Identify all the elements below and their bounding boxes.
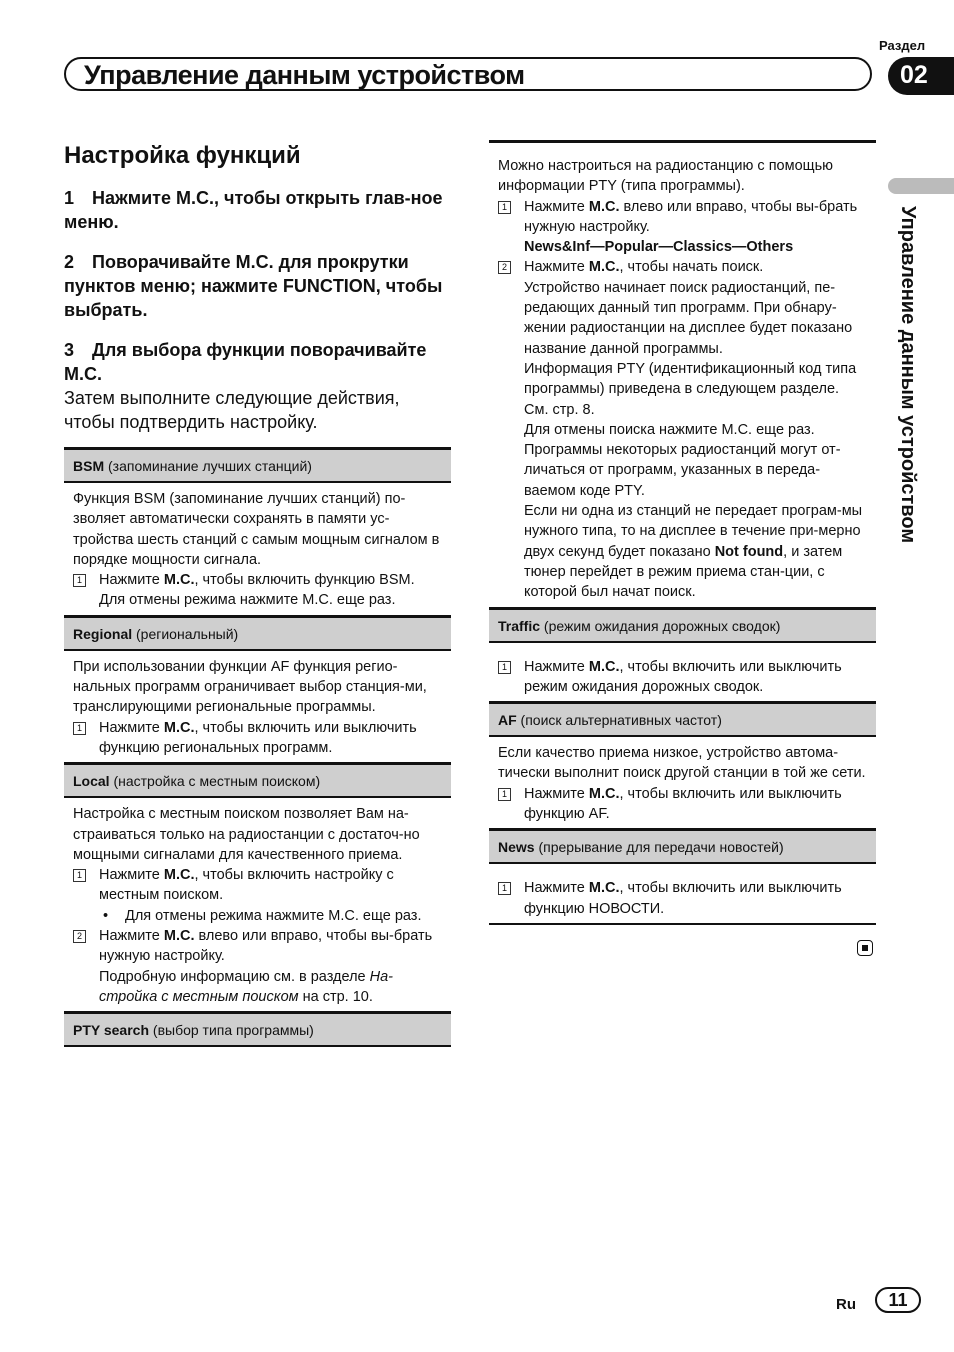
pty-options: News&Inf—Popular—Classics—Others [498, 237, 867, 257]
pty-step-1: 1Нажмите M.C. влево или вправо, чтобы вы… [498, 197, 867, 238]
side-chapter-title: Управление данным устройством [896, 206, 919, 543]
news-header: News (прерывание для передачи новостей) [489, 831, 876, 864]
bsm-description: Функция BSM (запоминание лучших станций)… [73, 489, 442, 570]
section-label: Раздел [879, 38, 925, 53]
pty-step-2: 2Нажмите M.C., чтобы начать поиск. [498, 257, 867, 277]
news-section: News (прерывание для передачи новостей) … [489, 828, 876, 923]
local-step-2: 2Нажмите M.C. влево или вправо, чтобы вы… [73, 926, 442, 967]
left-column: Настройка функций 1Нажмите M.C., чтобы о… [64, 140, 451, 1047]
local-bullet: Для отмены режима нажмите M.C. еще раз. [73, 906, 442, 926]
pty-section: Можно настроиться на радиостанцию с помо… [489, 140, 876, 607]
step-3: 3Для выбора функции поворачивайте M.C. [64, 338, 451, 386]
step-number-icon: 1 [498, 661, 511, 674]
page-heading: Настройка функций [64, 140, 451, 172]
step-number-icon: 1 [73, 869, 86, 882]
af-section: AF (поиск альтернативных частот) Если ка… [489, 701, 876, 828]
pty-section-header-box: PTY search (выбор типа программы) [64, 1011, 451, 1047]
local-header: Local (настройка с местным поиском) [64, 765, 451, 798]
bsm-step-1: 1Нажмите M.C., чтобы включить функцию BS… [73, 570, 442, 611]
right-column: Можно настроиться на радиостанцию с помо… [489, 140, 876, 925]
end-of-section-icon [857, 940, 873, 956]
local-step-1: 1Нажмите M.C., чтобы включить настройку … [73, 865, 442, 906]
step-number-icon: 1 [498, 201, 511, 214]
bsm-header: BSM (запоминание лучших станций) [64, 450, 451, 483]
local-section: Local (настройка с местным поиском) Наст… [64, 762, 451, 1011]
traffic-header: Traffic (режим ожидания дорожных сводок) [489, 610, 876, 643]
pty-description: Можно настроиться на радиостанцию с помо… [498, 156, 867, 197]
local-reference: Подробную информацию см. в разделе На-ст… [73, 967, 442, 1008]
regional-section: Regional (региональный) При использовани… [64, 615, 451, 762]
regional-description: При использовании функции AF функция рег… [73, 657, 442, 718]
section-number-badge: 02 [888, 57, 954, 95]
page-number: 11 [875, 1287, 921, 1313]
af-step-1: 1Нажмите M.C., чтобы включить или выключ… [498, 784, 867, 825]
step-2: 2Поворачивайте M.C. для прокрутки пункто… [64, 250, 451, 322]
step-number-icon: 1 [498, 882, 511, 895]
end-rule [489, 923, 876, 925]
local-description: Настройка с местным поиском позволяет Ва… [73, 804, 442, 865]
step-number-icon: 1 [498, 788, 511, 801]
step-number-icon: 1 [73, 574, 86, 587]
step-number-icon: 1 [73, 722, 86, 735]
regional-header: Regional (региональный) [64, 618, 451, 651]
pty-header: PTY search (выбор типа программы) [64, 1014, 451, 1047]
step-number-icon: 2 [73, 930, 86, 943]
chapter-title: Управление данным устройством [84, 60, 525, 91]
af-header: AF (поиск альтернативных частот) [489, 704, 876, 737]
traffic-step-1: 1Нажмите M.C., чтобы включить или выключ… [498, 657, 867, 698]
chapter-title-frame: Управление данным устройством [64, 57, 872, 91]
af-description: Если качество приема низкое, устройство … [498, 743, 867, 784]
footer-language: Ru [836, 1296, 856, 1313]
side-tab-marker [888, 178, 954, 194]
step-3-note: Затем выполните следующие действия, чтоб… [64, 386, 451, 434]
bsm-section: BSM (запоминание лучших станций) Функция… [64, 447, 451, 615]
traffic-section: Traffic (режим ожидания дорожных сводок)… [489, 607, 876, 702]
section-number: 02 [900, 61, 928, 90]
regional-step-1: 1Нажмите M.C., чтобы включить или выключ… [73, 718, 442, 759]
step-number-icon: 2 [498, 261, 511, 274]
step-1: 1Нажмите M.C., чтобы открыть глав-ное ме… [64, 186, 451, 234]
news-step-1: 1Нажмите M.C., чтобы включить или выключ… [498, 878, 867, 919]
